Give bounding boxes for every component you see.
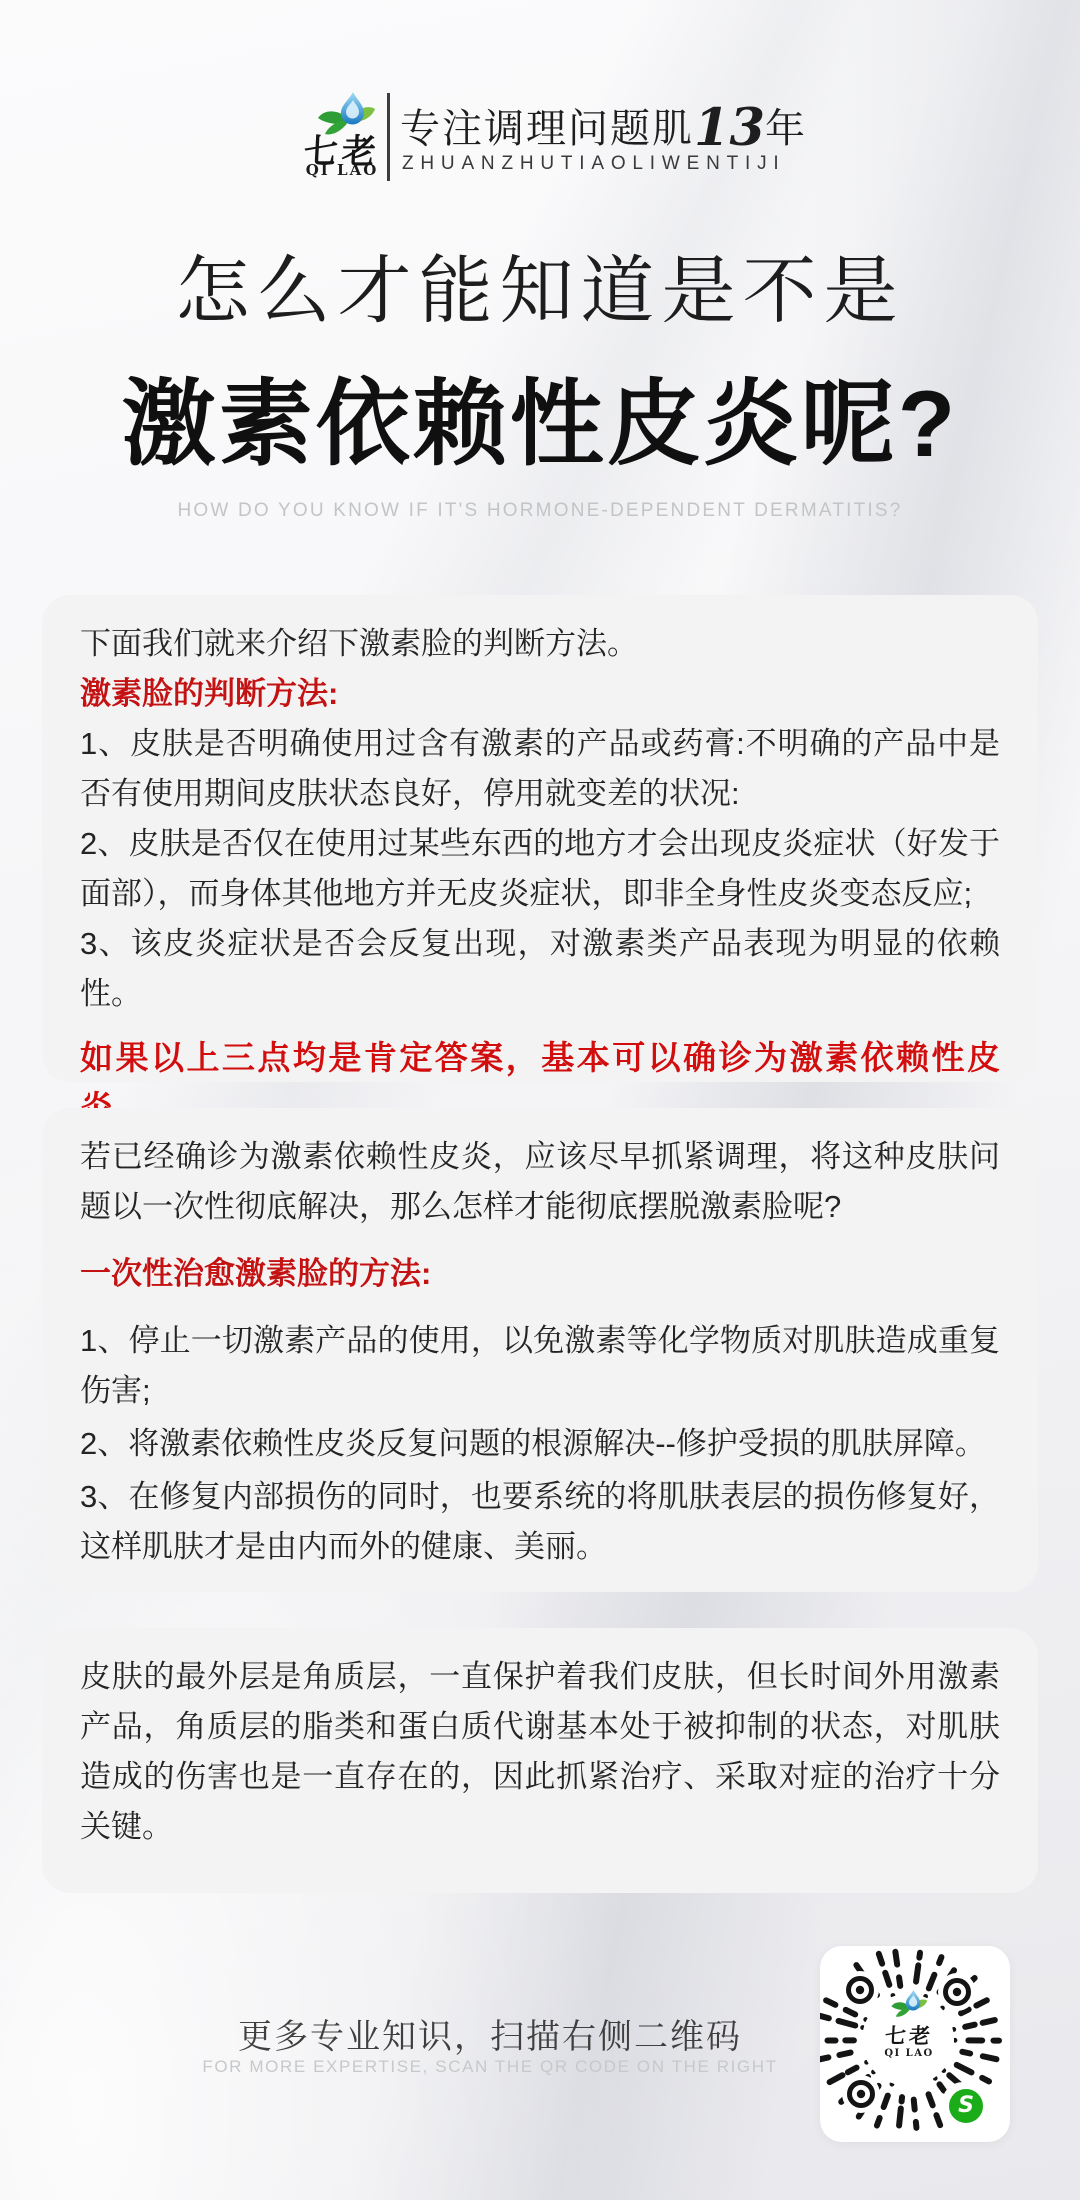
qr-center-logo: 七老 QI LAO (870, 1990, 948, 2059)
hero-subtitle-en: HOW DO YOU KNOW IF IT'S HORMONE-DEPENDEN… (0, 500, 1080, 522)
card2-intro: 若已经确诊为激素依赖性皮炎，应该尽早抓紧调理，将这种皮肤问题以一次性彻底解决，那… (80, 1132, 1000, 1232)
card1-intro: 下面我们就来介绍下激素脸的判断方法。 (80, 619, 1000, 669)
info-card-diagnosis: 下面我们就来介绍下激素脸的判断方法。 激素脸的判断方法: 1、皮肤是否明确使用过… (42, 595, 1038, 1082)
card1-item-2: 2、皮肤是否仅在使用过某些东西的地方才会出现皮炎症状（好发于面部），而身体其他地… (80, 819, 1000, 919)
brand-tagline-pinyin: ZHUANZHUTIAOLIWENTIJI (402, 153, 1002, 175)
card1-red-heading: 激素脸的判断方法: (80, 669, 1000, 719)
poster-page: 七老 QI LAO 专注调理问题肌13年 ZHUANZHUTIAOLIWENTI… (0, 0, 1080, 2200)
card2-red-heading: 一次性治愈激素脸的方法: (80, 1249, 1000, 1299)
card2-item-2: 2、将激素依赖性皮炎反复问题的根源解决--修护受损的肌肤屏障。 (80, 1419, 1000, 1469)
card3-intro: 皮肤的最外层是角质层，一直保护着我们皮肤，但长时间外用激素产品，角质层的脂类和蛋… (80, 1652, 1000, 1852)
miniprogram-s-icon: S (958, 2095, 974, 2117)
card1-item-1: 1、皮肤是否明确使用过含有激素的产品或药膏:不明确的产品中是否有使用期间皮肤状态… (80, 719, 1000, 819)
logo-divider (387, 93, 390, 181)
footer-caption-en: FOR MORE EXPERTISE, SCAN THE QR CODE ON … (160, 2057, 820, 2077)
hero-title-line2: 激素依赖性皮炎呢? (0, 348, 1080, 483)
qr-code-card: 七老 QI LAO S (820, 1946, 1010, 2142)
hero-title-line1: 怎么才能知道是不是 (0, 232, 1080, 338)
brand-name-en: QI LAO (298, 161, 386, 179)
tagline-prefix: 专注调理问题肌 (400, 107, 694, 151)
card2-item-1: 1、停止一切激素产品的使用，以免激素等化学物质对肌肤造成重复伤害; (80, 1316, 1000, 1416)
tagline-suffix: 年 (765, 107, 807, 151)
footer-caption-cn: 更多专业知识，扫描右侧二维码 (160, 2009, 820, 2058)
info-card-treatment: 若已经确诊为激素依赖性皮炎，应该尽早抓紧调理，将这种皮肤问题以一次性彻底解决，那… (42, 1108, 1038, 1592)
brand-tagline: 专注调理问题肌13年 (400, 95, 1000, 155)
qr-brand-name-en: QI LAO (870, 2049, 948, 2059)
card1-item-3: 3、该皮炎症状是否会反复出现，对激素类产品表现为明显的依赖性。 (80, 919, 1000, 1019)
qr-brand-icon (890, 1990, 928, 2019)
tagline-years: 13 (694, 98, 765, 158)
card2-item-3: 3、在修复内部损伤的同时，也要系统的将肌肤表层的损伤修复好，这样肌肤才是由内而外… (80, 1472, 1000, 1572)
info-card-skin-barrier: 皮肤的最外层是角质层，一直保护着我们皮肤，但长时间外用激素产品，角质层的脂类和蛋… (42, 1628, 1038, 1893)
miniprogram-badge: S (946, 2086, 986, 2126)
qr-brand-name-cn: 七老 (869, 2025, 948, 2046)
